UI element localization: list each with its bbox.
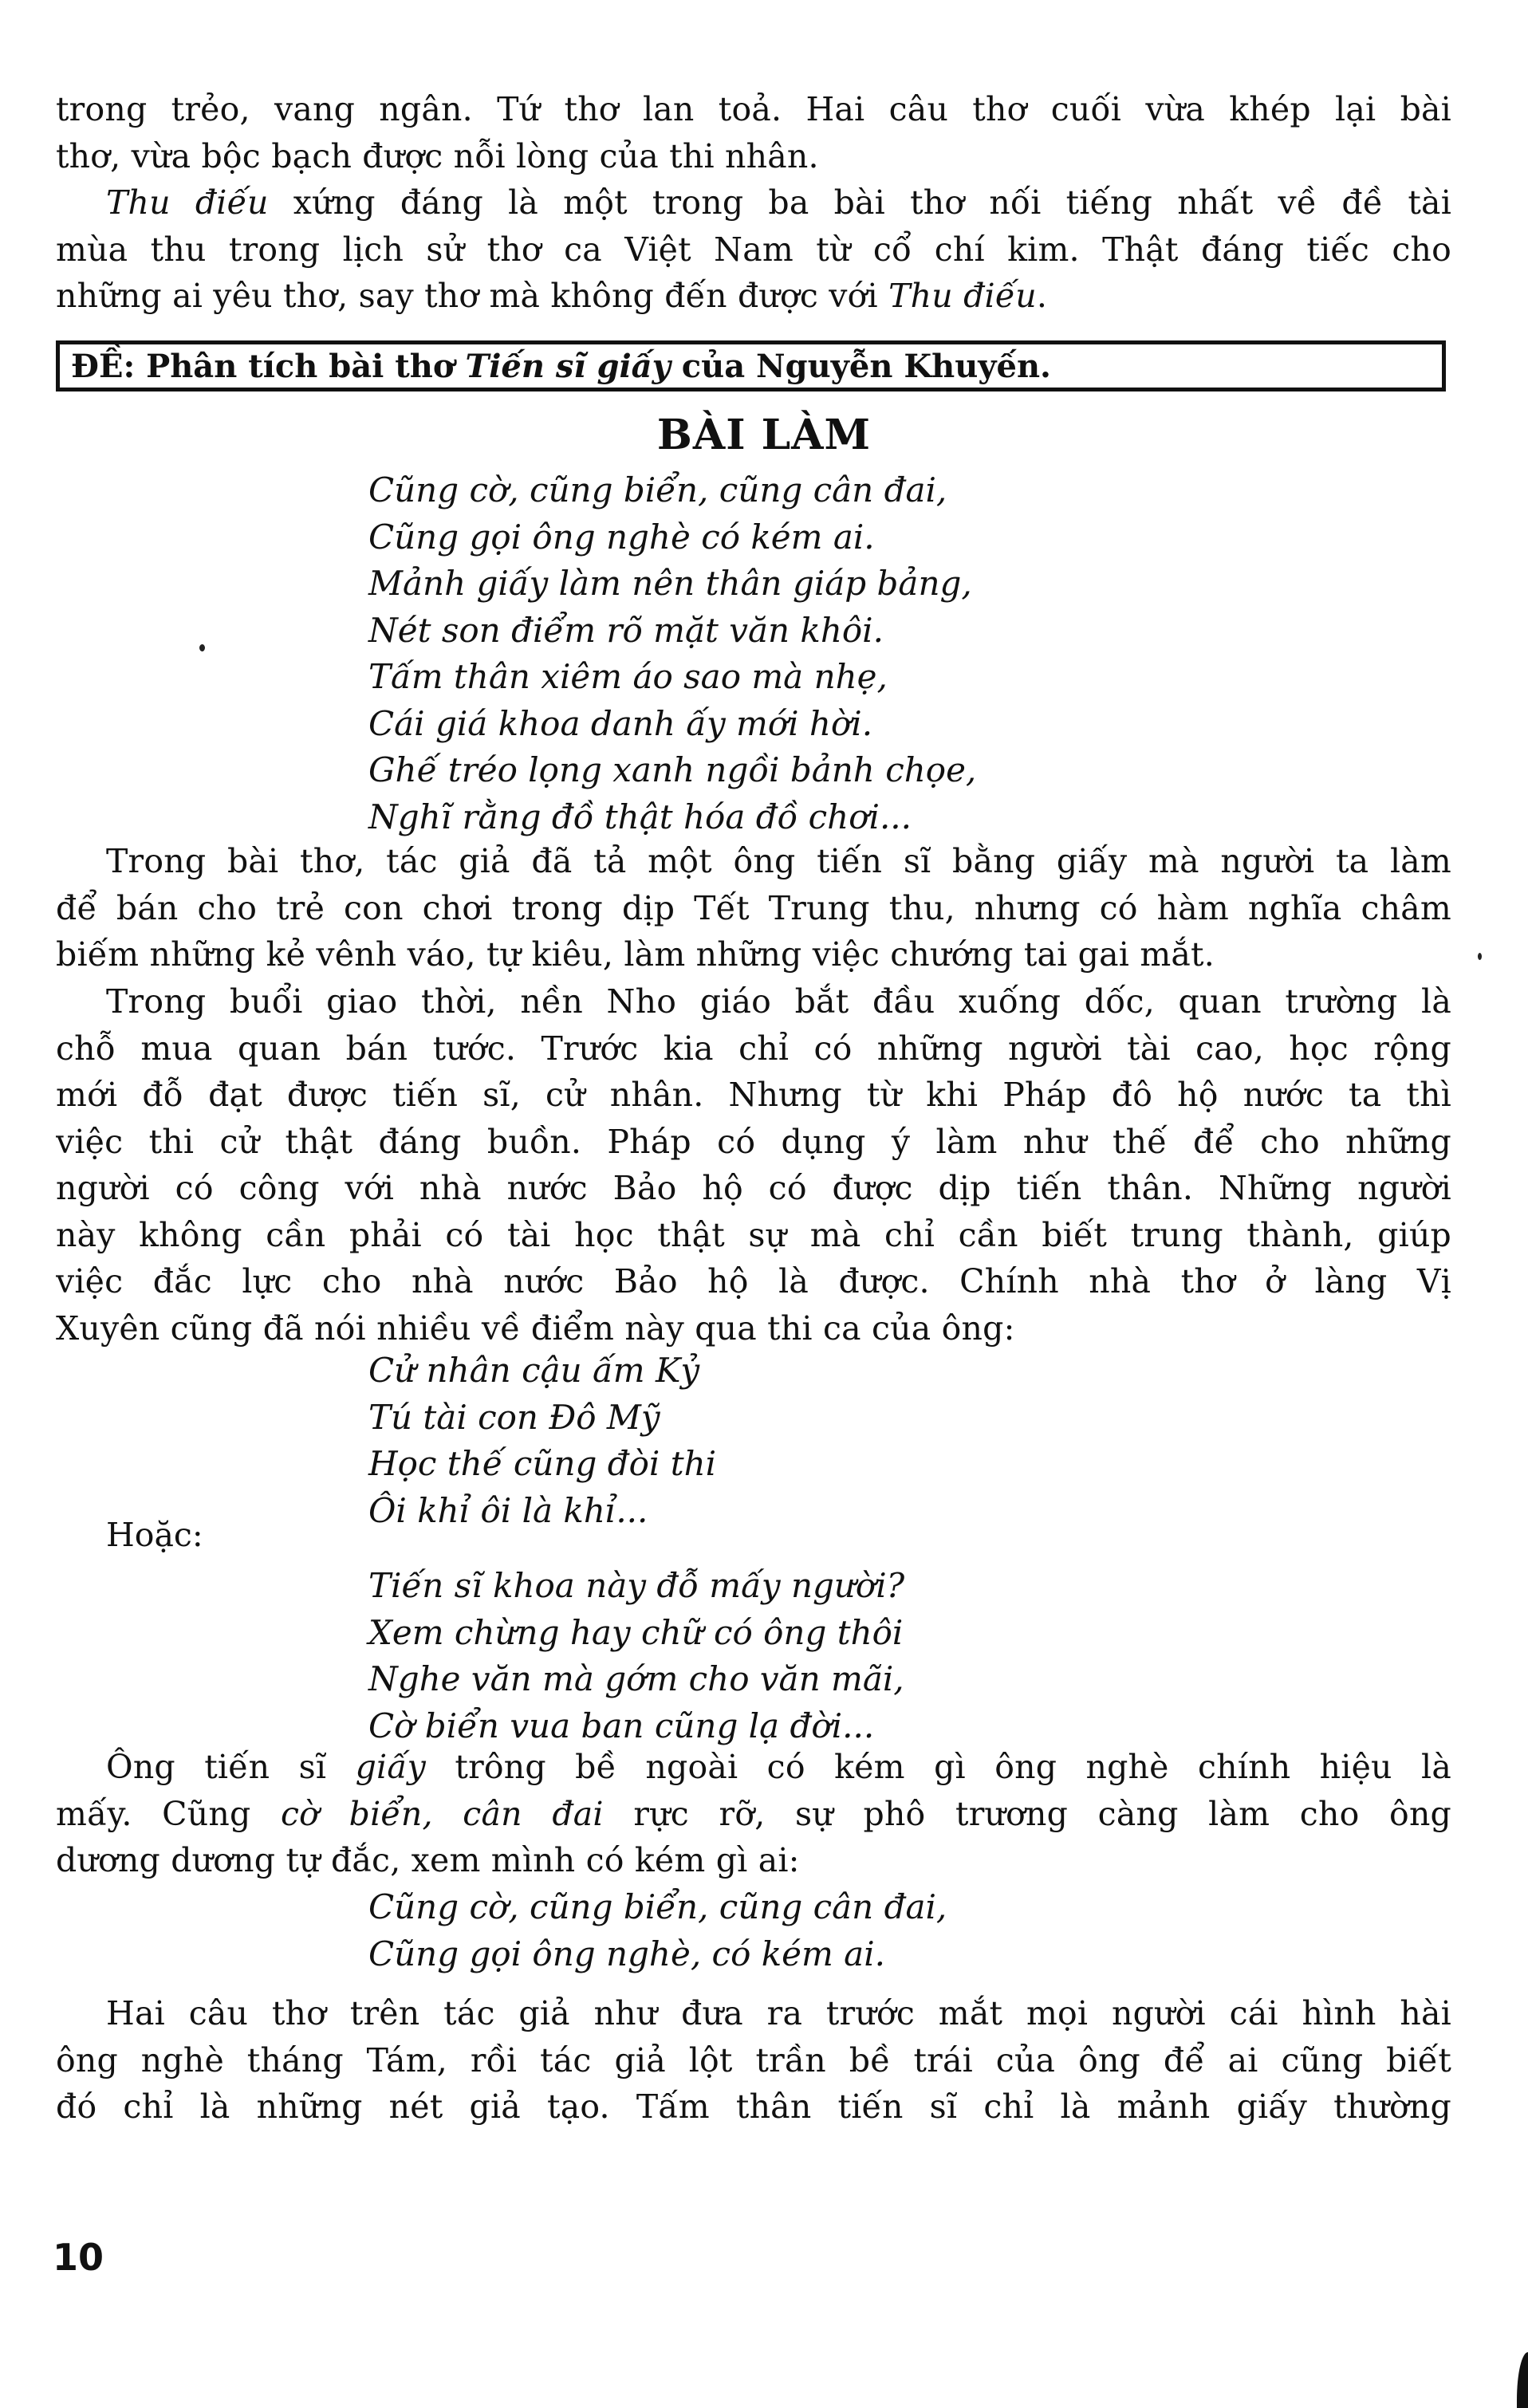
text-line: mới đỗ đạt được tiến sĩ, cử nhân. Nhưng … [56, 1072, 1451, 1119]
poem-line: Ôi khỉ ôi là khỉ... [368, 1488, 716, 1535]
poem-line: Cái giá khoa danh ấy mới hời. [368, 701, 976, 748]
poem-line: Xem chừng hay chữ có ông thôi [368, 1610, 904, 1657]
poem-line: Tú tài con Đô Mỹ [368, 1395, 716, 1442]
text-segment: xứng đáng là một trong ba bài thơ nối ti… [269, 183, 1451, 222]
text-segment: những ai yêu thơ, say thơ mà không đến đ… [56, 277, 888, 315]
section-heading: BÀI LÀM [0, 410, 1528, 461]
poem-quote-3: Cũng cờ, cũng biển, cũng cân đai, Cũng g… [368, 1884, 947, 1977]
poem-line: Nghe văn mà gớm cho văn mãi, [368, 1656, 904, 1703]
scan-edge-mark [1517, 2352, 1528, 2408]
text-segment: trông bề ngoài có kém gì ông nghè chính … [426, 1748, 1451, 1786]
topic-poem-title: Tiến sĩ giấy [465, 348, 670, 385]
body-paragraph-3: Ông tiến sĩ giấy trông bề ngoài có kém g… [56, 1744, 1451, 1884]
poem-line: Mảnh giấy làm nên thân giáp bảng, [368, 561, 976, 608]
text-line: thơ, vừa bộc bạch được nỗi lòng của thi … [56, 133, 1451, 180]
text-line: Thu điếu xứng đáng là một trong ba bài t… [56, 179, 1451, 226]
book-page: trong trẻo, vang ngân. Tứ thơ lan toả. H… [0, 0, 1528, 2408]
text-line: trong trẻo, vang ngân. Tứ thơ lan toả. H… [56, 86, 1451, 133]
text-segment: Ông tiến sĩ [106, 1748, 356, 1786]
body-paragraph-4: Hai câu thơ trên tác giả như đưa ra trướ… [56, 1990, 1451, 2131]
text-segment: . [1037, 277, 1047, 315]
text-line: Trong buổi giao thời, nền Nho giáo bắt đ… [56, 978, 1451, 1025]
scan-speck [199, 644, 205, 651]
text-line: này không cần phải có tài học thật sự mà… [56, 1212, 1451, 1259]
topic-suffix: của Nguyễn Khuyến. [671, 348, 1051, 385]
body-paragraph-1: Trong bài thơ, tác giả đã tả một ông tiế… [56, 838, 1451, 978]
intro-section: trong trẻo, vang ngân. Tứ thơ lan toả. H… [56, 86, 1451, 320]
text-line: việc thi cử thật đáng buồn. Pháp có dụng… [56, 1119, 1451, 1166]
text-segment: rực rỡ, sự phô trương càng làm cho ông [604, 1795, 1451, 1833]
poem-quote-1: Cử nhân cậu ấm Kỷ Tú tài con Đô Mỹ Học t… [368, 1348, 716, 1534]
text-line: biếm những kẻ vênh váo, tự kiêu, làm nhữ… [56, 931, 1451, 978]
poem-line: Tiến sĩ khoa này đỗ mấy người? [368, 1563, 904, 1610]
poem-line: Tấm thân xiêm áo sao mà nhẹ, [368, 654, 976, 701]
scan-speck [1478, 953, 1482, 960]
text-line: Xuyên cũng đã nói nhiều về điểm này qua … [56, 1305, 1451, 1352]
text-line: mấy. Cũng cờ biển, cân đai rực rỡ, sự ph… [56, 1791, 1451, 1838]
topic-prefix: ĐỀ: Phân tích bài thơ [71, 348, 465, 385]
text-line: ông nghè tháng Tám, rồi tác giả lột trần… [56, 2037, 1451, 2084]
poem-line: Cũng cờ, cũng biển, cũng cân đai, [368, 467, 976, 514]
body-paragraph-2: Trong buổi giao thời, nền Nho giáo bắt đ… [56, 978, 1451, 1352]
poem-main: Cũng cờ, cũng biển, cũng cân đai, Cũng g… [368, 467, 976, 840]
poem-line: Nghĩ rằng đồ thật hóa đồ chơi... [368, 794, 976, 841]
topic-box: ĐỀ: Phân tích bài thơ Tiến sĩ giấy của N… [56, 340, 1446, 391]
intro-paragraph-1: trong trẻo, vang ngân. Tứ thơ lan toả. H… [56, 86, 1451, 179]
page-number: 10 [53, 2237, 104, 2277]
emphasis: cờ biển, cân đai [281, 1795, 604, 1833]
text-line: Ông tiến sĩ giấy trông bề ngoài có kém g… [56, 1744, 1451, 1791]
text-line: Hai câu thơ trên tác giả như đưa ra trướ… [56, 1990, 1451, 2037]
text-line: người có công với nhà nước Bảo hộ có đượ… [56, 1165, 1451, 1212]
poem-title: Thu điếu [106, 183, 269, 222]
poem-line: Cũng gọi ông nghè, có kém ai. [368, 1931, 947, 1978]
text-line: Trong bài thơ, tác giả đã tả một ông tiế… [56, 838, 1451, 885]
text-line: mùa thu trong lịch sử thơ ca Việt Nam từ… [56, 226, 1451, 273]
poem-line: Học thế cũng đòi thi [368, 1441, 716, 1488]
poem-line: Cử nhân cậu ấm Kỷ [368, 1348, 716, 1395]
poem-title: Thu điếu [888, 277, 1037, 315]
text-line: đó chỉ là những nét giả tạo. Tấm thân ti… [56, 2083, 1451, 2131]
text-line: việc đắc lực cho nhà nước Bảo hộ là được… [56, 1258, 1451, 1305]
poem-line: Ghế tréo lọng xanh ngồi bảnh chọe, [368, 747, 976, 794]
or-label: Hoặc: [106, 1512, 203, 1559]
text-segment: mấy. Cũng [56, 1795, 281, 1833]
text-line: chỗ mua quan bán tước. Trước kia chỉ có … [56, 1025, 1451, 1072]
text-line: những ai yêu thơ, say thơ mà không đến đ… [56, 273, 1451, 320]
poem-line: Nét son điểm rõ mặt văn khôi. [368, 608, 976, 655]
poem-line: Cũng cờ, cũng biển, cũng cân đai, [368, 1884, 947, 1931]
text-line: để bán cho trẻ con chơi trong dịp Tết Tr… [56, 885, 1451, 932]
intro-paragraph-2: Thu điếu xứng đáng là một trong ba bài t… [56, 179, 1451, 320]
text-line: dương dương tự đắc, xem mình có kém gì a… [56, 1837, 1451, 1884]
poem-line: Cũng gọi ông nghè có kém ai. [368, 514, 976, 561]
poem-quote-2: Tiến sĩ khoa này đỗ mấy người? Xem chừng… [368, 1563, 904, 1749]
poem-line: Cờ biển vua ban cũng lạ đời... [368, 1703, 904, 1750]
emphasis: giấy [356, 1748, 426, 1786]
